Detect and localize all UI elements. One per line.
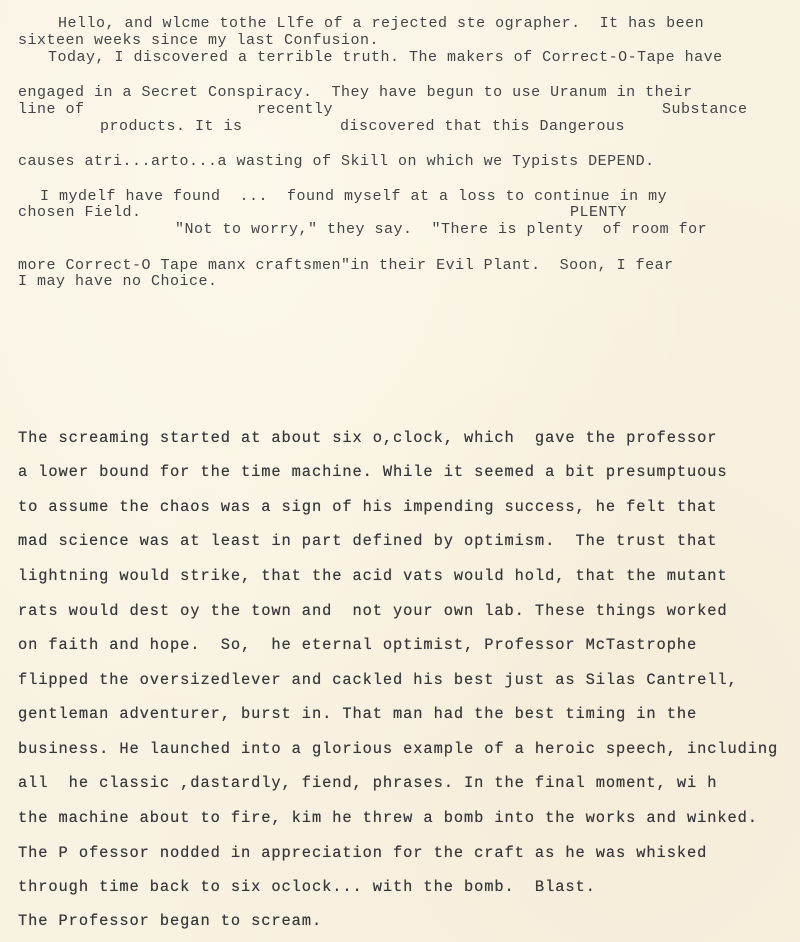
text-line: chosen Field. — [18, 205, 142, 221]
text-line: lightning would strike, that the acid va… — [18, 568, 728, 584]
typewritten-page: Hello, and wlcme tothe Llfe of a rejecte… — [0, 0, 800, 942]
text-line: through time back to six oclock... with … — [18, 879, 596, 895]
text-line: Today, I discovered a terrible truth. Th… — [48, 50, 723, 66]
text-line: "Not to worry," they say. "There is plen… — [175, 222, 707, 238]
text-line: rats would dest oy the town and not your… — [18, 603, 728, 619]
text-line: more Correct-O Tape manx craftsmen"in th… — [18, 258, 674, 274]
text-line: to assume the chaos was a sign of his im… — [18, 499, 717, 515]
text-line: Hello, and wlcme tothe Llfe of a rejecte… — [58, 16, 704, 32]
text-line: The Professor began to scream. — [18, 913, 322, 929]
text-line: gentleman adventurer, burst in. That man… — [18, 706, 697, 722]
text-line: mad science was at least in part defined… — [18, 533, 717, 549]
text-line: PLENTY — [570, 205, 627, 221]
text-line: line of — [18, 102, 85, 118]
text-line: sixteen weeks since my last Confusion. — [18, 33, 379, 49]
text-line: I mydelf have found ... found myself at … — [40, 189, 667, 205]
text-line: the machine about to fire, kim he threw … — [18, 810, 758, 826]
text-line: Substance — [662, 102, 748, 118]
text-line: The screaming started at about six o,clo… — [18, 430, 717, 446]
text-line: all he classic ,dastardly, fiend, phrase… — [18, 775, 717, 791]
text-line: business. He launched into a glorious ex… — [18, 741, 778, 757]
text-line: flipped the oversizedlever and cackled h… — [18, 672, 738, 688]
text-line: on faith and hope. So, he eternal optimi… — [18, 637, 697, 653]
text-line: products. It is — [100, 119, 243, 135]
text-line: I may have no Choice. — [18, 274, 218, 290]
text-line: a lower bound for the time machine. Whil… — [18, 464, 728, 480]
text-line: engaged in a Secret Conspiracy. They hav… — [18, 85, 693, 101]
text-line: The P ofessor nodded in appreciation for… — [18, 845, 707, 861]
text-line: discovered that this Dangerous — [340, 119, 625, 135]
text-line: causes atri...arto...a wasting of Skill … — [18, 154, 655, 170]
text-line: recently — [257, 102, 333, 118]
